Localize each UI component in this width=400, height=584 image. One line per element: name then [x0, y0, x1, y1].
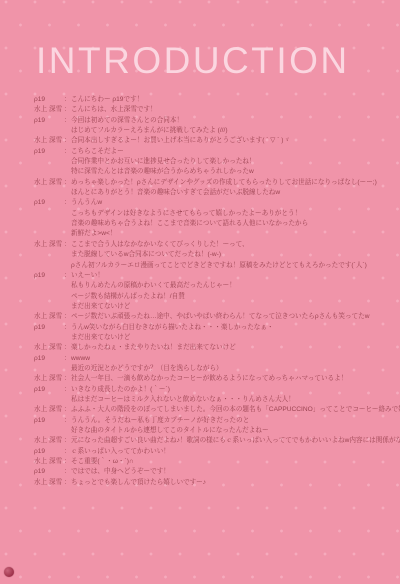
- speaker-label: 水上 深雪: [34, 374, 64, 384]
- dialogue-line: 水上 深雪：そこ重要(｀・ω・´)∩: [34, 457, 400, 467]
- dialogue-line: 水上 深雪：ページ数だいぶ頑張ったね…途中、やばいやばい終わらん！てなって泣きつ…: [34, 312, 400, 322]
- separator-colon: ：: [64, 240, 71, 250]
- dialogue-line: 水上 深雪：めっちゃ楽しかった！ρさんにデザインやグッズの作成してもらったりして…: [34, 178, 400, 188]
- dialogue-text: こんにちわー ρ19です！: [71, 96, 143, 103]
- dialogue-text: いえーい！: [71, 272, 104, 279]
- dialogue-line: 合同作業中とかお互いに進捗見せ合ったりして楽しかったね！: [34, 157, 400, 167]
- speaker-label: ρ19: [34, 198, 64, 208]
- dialogue-text: wwww: [71, 355, 90, 362]
- dialogue-text: 合同本出しすぎるよー！お買い上げ本当にありがとうございます( ´ ▽ ` )ゞ: [71, 137, 290, 144]
- scanned-doujinshi-page: INTRODUCTION ρ19：こんにちわー ρ19です！水上 深雪：こんにち…: [0, 0, 400, 584]
- dialogue-text: そこ重要(｀・ω・´)∩: [71, 458, 134, 465]
- dialogue-line: ρ19：うんw笑いながら白目むきながら描いたよね・・・楽しかったなぁ・: [34, 323, 400, 333]
- speaker-label: ρ19: [34, 416, 64, 426]
- dialogue-text: ほんとにありがとう！音楽の趣味合いすぎて会話がだいぶ脱線したねw: [71, 189, 280, 196]
- dialogue-line: ほんとにありがとう！音楽の趣味合いすぎて会話がだいぶ脱線したねw: [34, 188, 400, 198]
- separator-colon: ：: [64, 467, 71, 477]
- speaker-label: 水上 深雪: [34, 405, 64, 415]
- dialogue-text: ちょっとでも楽しんで頂けたら嬉しいですー♪: [71, 479, 206, 486]
- separator-colon: ：: [64, 385, 71, 395]
- dialogue-text: ｃ系いっぱい入っててかわいい！: [71, 448, 170, 455]
- dialogue-text: また脱線しているw合同本についてだったね！(-w-): [71, 251, 221, 258]
- dialogue-line: ρさん初フルカラーエロ漫画ってことでどきどきですね！原稿をみたけどとてもえろかっ…: [34, 261, 400, 271]
- separator-colon: ：: [64, 147, 71, 157]
- dialogue-line: ρ19：いきなり成長したのかよ！(｀ー´): [34, 385, 400, 395]
- dialogue-text: うんw笑いながら白目むきながら描いたよね・・・楽しかったなぁ・: [71, 324, 274, 331]
- speaker-label: ρ19: [34, 354, 64, 364]
- page-number-stamp: [4, 567, 14, 577]
- page-title: INTRODUCTION: [36, 40, 350, 82]
- speaker-label: ρ19: [34, 323, 64, 333]
- dialogue-line: 音楽の趣味めちゃ合うよね！ここまで音楽について語れる人他にいなかったから: [34, 219, 400, 229]
- separator-colon: ：: [64, 343, 71, 353]
- dialogue-line: ページ数も結構がんばったよね！/自賛: [34, 292, 400, 302]
- separator-colon: ：: [64, 447, 71, 457]
- dialogue-line: 水上 深雪：楽しかったねぇ・またやりたいね！まだ出来てないけど: [34, 343, 400, 353]
- separator-colon: ：: [64, 136, 71, 146]
- dialogue-text: いきなり成長したのかよ！(｀ー´): [71, 386, 170, 393]
- dialogue-text: めっちゃ楽しかった！ρさんにデザインやグッズの作成してもらったりしてお世話になり…: [71, 179, 377, 186]
- speaker-label: ρ19: [34, 467, 64, 477]
- dialogue-text: ページ数も結構がんばったよね！/自賛: [71, 293, 185, 300]
- dialogue-text: 好きな曲のタイトルから連想してこのタイトルになったんだよねー: [71, 427, 269, 434]
- dialogue-line: はじめてフルカラーえろまんがに挑戦してみたよ (///): [34, 126, 400, 136]
- dialogue-text: 音楽の趣味めちゃ合うよね！ここまで音楽について語れる人他にいなかったから: [71, 220, 308, 227]
- speaker-label: 水上 深雪: [34, 457, 64, 467]
- dialogue-text: ρさん初フルカラーエロ漫画ってことでどきどきですね！原稿をみたけどとてもえろかっ…: [71, 262, 367, 269]
- dialogue-line: 私はまだコーヒーはミルク入れないと飲めないなぁ・・・りんめさん大人！: [34, 395, 400, 405]
- speaker-label: ρ19: [34, 147, 64, 157]
- speaker-label: ρ19: [34, 271, 64, 281]
- separator-colon: ：: [64, 405, 71, 415]
- dialogue-line: 水上 深雪：合同本出しすぎるよー！お買い上げ本当にありがとうございます( ´ ▽…: [34, 136, 400, 146]
- dialogue-line: ρ19：ではでは、中身へどうぞーです！: [34, 467, 400, 477]
- speaker-label: 水上 深雪: [34, 343, 64, 353]
- separator-colon: ：: [64, 457, 71, 467]
- dialogue-text: うんうんw: [71, 199, 102, 206]
- separator-colon: ：: [64, 478, 71, 488]
- dialogue-line: まだ出来てないけど: [34, 302, 400, 312]
- dialogue-line: ρ19：wwww: [34, 354, 400, 364]
- dialogue-text: 楽しかったねぇ・またやりたいね！まだ出来てないけど: [71, 344, 236, 351]
- dialogue-line: 水上 深雪：社会人一年目、一滴も飲めなかったコーヒーが飲めるようになってめっちゃ…: [34, 374, 400, 384]
- dialogue-line: ρ19：ｃ系いっぱい入っててかわいい！: [34, 447, 400, 457]
- dialogue-text: まだ出来てないけど: [71, 334, 130, 341]
- speaker-label: 水上 深雪: [34, 105, 64, 115]
- dialogue-text: 私もりんめたんの原稿かわいくて最高だったんじゃー！: [71, 282, 236, 289]
- separator-colon: ：: [64, 116, 71, 126]
- speaker-label: 水上 深雪: [34, 312, 64, 322]
- dialogue-text: 特に深雪たんとは音楽の趣味が合うからめちゃうれしかったw: [71, 168, 254, 175]
- dialogue-line: まだ出来てないけど: [34, 333, 400, 343]
- dialogue-line: 水上 深雪：ちょっとでも楽しんで頂けたら嬉しいですー♪: [34, 478, 400, 488]
- dialogue-text: ページ数だいぶ頑張ったね…途中、やばいやばい終わらん！てなって泣きついたらρさん…: [71, 313, 370, 320]
- dialogue-line: 水上 深雪：ふふふ・大人の階段をのぼってしまいました。今回の本の題名も「CAPP…: [34, 405, 400, 415]
- separator-colon: ：: [64, 95, 71, 105]
- speaker-label: 水上 深雪: [34, 436, 64, 446]
- separator-colon: ：: [64, 271, 71, 281]
- dialogue-line: 好きな曲のタイトルから連想してこのタイトルになったんだよねー: [34, 426, 400, 436]
- dialogue-line: ρ19：うんうん。そうだねー私も丁度カプチーノが好きだったのと: [34, 416, 400, 426]
- dialogue-line: 新鮮だよ>w<！: [34, 229, 400, 239]
- speaker-label: 水上 深雪: [34, 240, 64, 250]
- dialogue-text: うんうん。そうだねー私も丁度カプチーノが好きだったのと: [71, 417, 249, 424]
- speaker-label: 水上 深雪: [34, 136, 64, 146]
- dialogue-text: ではでは、中身へどうぞーです！: [71, 468, 170, 475]
- dialogue-text: 新鮮だよ>w<！: [71, 230, 116, 237]
- dialogue-line: ρ19：今回は初めての深雪さんとの合同本！: [34, 116, 400, 126]
- dialogue-line: ρ19：こんにちわー ρ19です！: [34, 95, 400, 105]
- dialogue-line: 水上 深雪：こんにちは、水上深雪です！: [34, 105, 400, 115]
- dialogue-line: こっちもデザインは好きなようにさせてもらって嬉しかったよーありがとう！: [34, 209, 400, 219]
- dialogue-line: 水上 深雪：元になった曲超すごい良い曲だよね♪！歌詞の様にもｃ系いっぱい入ってて…: [34, 436, 400, 446]
- dialogue-text: こんにちは、水上深雪です！: [71, 106, 157, 113]
- separator-colon: ：: [64, 198, 71, 208]
- dialogue-text: まだ出来てないけど: [71, 303, 130, 310]
- dialogue-text: こちらこそだよー: [71, 148, 124, 155]
- dialogue-line: 水上 深雪：ここまで合う人はなかなかいなくてびっくりした！ーって、: [34, 240, 400, 250]
- dialogue-text: 合同作業中とかお互いに進捗見せ合ったりして楽しかったね！: [71, 158, 256, 165]
- dialogue-line: また脱線しているw合同本についてだったね！(-w-): [34, 250, 400, 260]
- dialogue-text: ふふふ・大人の階段をのぼってしまいました。今回の本の題名も「CAPPUCCINO…: [71, 406, 400, 413]
- dialogue-line: 最近の近況とかどうですか？（目を逸らしながら）: [34, 364, 400, 374]
- dialogue-text: 私はまだコーヒーはミルク入れないと飲めないなぁ・・・りんめさん大人！: [71, 396, 295, 403]
- separator-colon: ：: [64, 312, 71, 322]
- separator-colon: ：: [64, 323, 71, 333]
- dialogue-text: 最近の近況とかどうですか？（目を逸らしながら）: [71, 365, 223, 372]
- dialogue-line: 私もりんめたんの原稿かわいくて最高だったんじゃー！: [34, 281, 400, 291]
- speaker-label: ρ19: [34, 116, 64, 126]
- dialogue-text: 社会人一年目、一滴も飲めなかったコーヒーが飲めるようになってめっちゃハマっている…: [71, 375, 347, 382]
- dialogue-line: ρ19：いえーい！: [34, 271, 400, 281]
- dialogue-line: 特に深雪たんとは音楽の趣味が合うからめちゃうれしかったw: [34, 167, 400, 177]
- speaker-label: ρ19: [34, 447, 64, 457]
- separator-colon: ：: [64, 178, 71, 188]
- speaker-label: 水上 深雪: [34, 478, 64, 488]
- dialogue-text: 元になった曲超すごい良い曲だよね♪！歌詞の様にもｃ系いっぱい入っててでもかわいい…: [71, 437, 400, 444]
- dialogue-text: 今回は初めての深雪さんとの合同本！: [71, 117, 183, 124]
- dialogue-text: はじめてフルカラーえろまんがに挑戦してみたよ (///): [71, 127, 228, 134]
- speaker-label: ρ19: [34, 95, 64, 105]
- speaker-label: ρ19: [34, 385, 64, 395]
- separator-colon: ：: [64, 436, 71, 446]
- separator-colon: ：: [64, 105, 71, 115]
- dialogue-text: ここまで合う人はなかなかいなくてびっくりした！ーって、: [71, 241, 249, 248]
- dialogue-text: こっちもデザインは好きなようにさせてもらって嬉しかったよーありがとう！: [71, 210, 301, 217]
- dialogue: ρ19：こんにちわー ρ19です！水上 深雪：こんにちは、水上深雪です！ρ19：…: [0, 95, 400, 488]
- dialogue-line: ρ19：うんうんw: [34, 198, 400, 208]
- separator-colon: ：: [64, 416, 71, 426]
- separator-colon: ：: [64, 374, 71, 384]
- dialogue-line: ρ19：こちらこそだよー: [34, 147, 400, 157]
- speaker-label: 水上 深雪: [34, 178, 64, 188]
- separator-colon: ：: [64, 354, 71, 364]
